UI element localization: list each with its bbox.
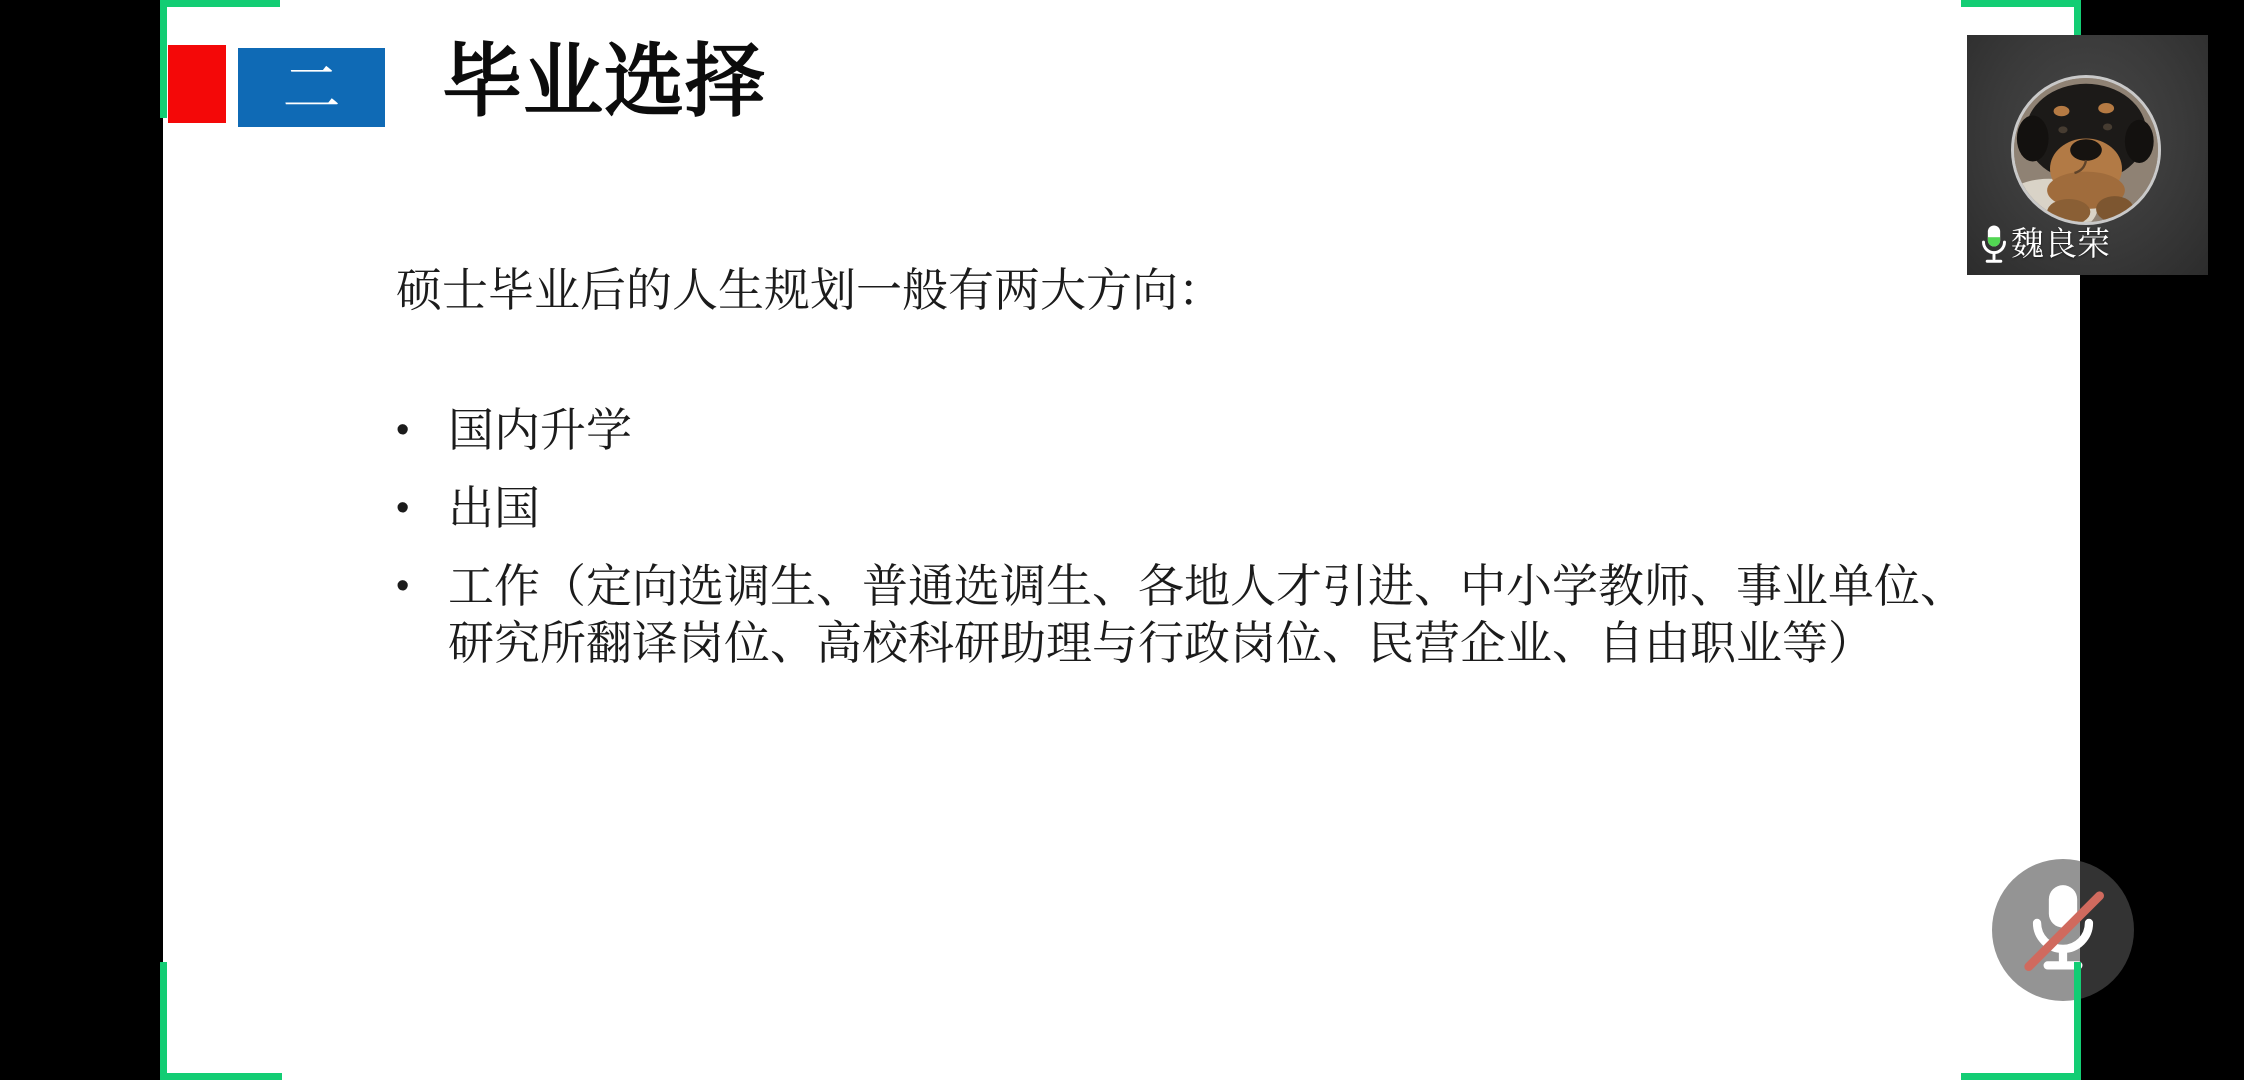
slide-title: 毕业选择 [442,36,766,128]
mic-muted-icon [2004,871,2122,989]
bullet-text: 出国 [448,480,540,537]
slide-intro-text: 硕士毕业后的人生规划一般有两大方向： [396,262,1224,319]
mic-level-icon [1979,223,2009,265]
title-red-accent-block [168,45,226,123]
bullet-item: • 工作（定向选调生、普通选调生、各地人才引进、中小学教师、事业单位、研究所翻译… [396,558,1978,672]
meeting-screen-share-view: 二 毕业选择 硕士毕业后的人生规划一般有两大方向： • 国内升学 • 出国 • … [0,0,2244,1080]
section-number: 二 [282,59,340,117]
bullet-text: 工作（定向选调生、普通选调生、各地人才引进、中小学教师、事业单位、研究所翻译岗位… [448,558,1978,672]
bullet-icon: • [396,480,448,537]
participant-video-tile[interactable]: 魏良荣 [1967,35,2208,275]
participant-info: 魏良荣 [1979,223,2110,265]
dog-avatar-image [2014,78,2158,222]
bullet-item: • 国内升学 [396,402,1978,459]
title-section-number-block: 二 [238,48,385,127]
shared-slide: 二 毕业选择 硕士毕业后的人生规划一般有两大方向： • 国内升学 • 出国 • … [163,0,2080,1080]
participant-name: 魏良荣 [2011,226,2110,262]
avatar [2011,75,2161,225]
microphone-mute-button[interactable] [1992,859,2134,1001]
bullet-icon: • [396,402,448,459]
slide-bullet-list: • 国内升学 • 出国 • 工作（定向选调生、普通选调生、各地人才引进、中小学教… [396,402,1978,693]
bullet-text: 国内升学 [448,402,632,459]
bullet-item: • 出国 [396,480,1978,537]
bullet-icon: • [396,558,448,615]
